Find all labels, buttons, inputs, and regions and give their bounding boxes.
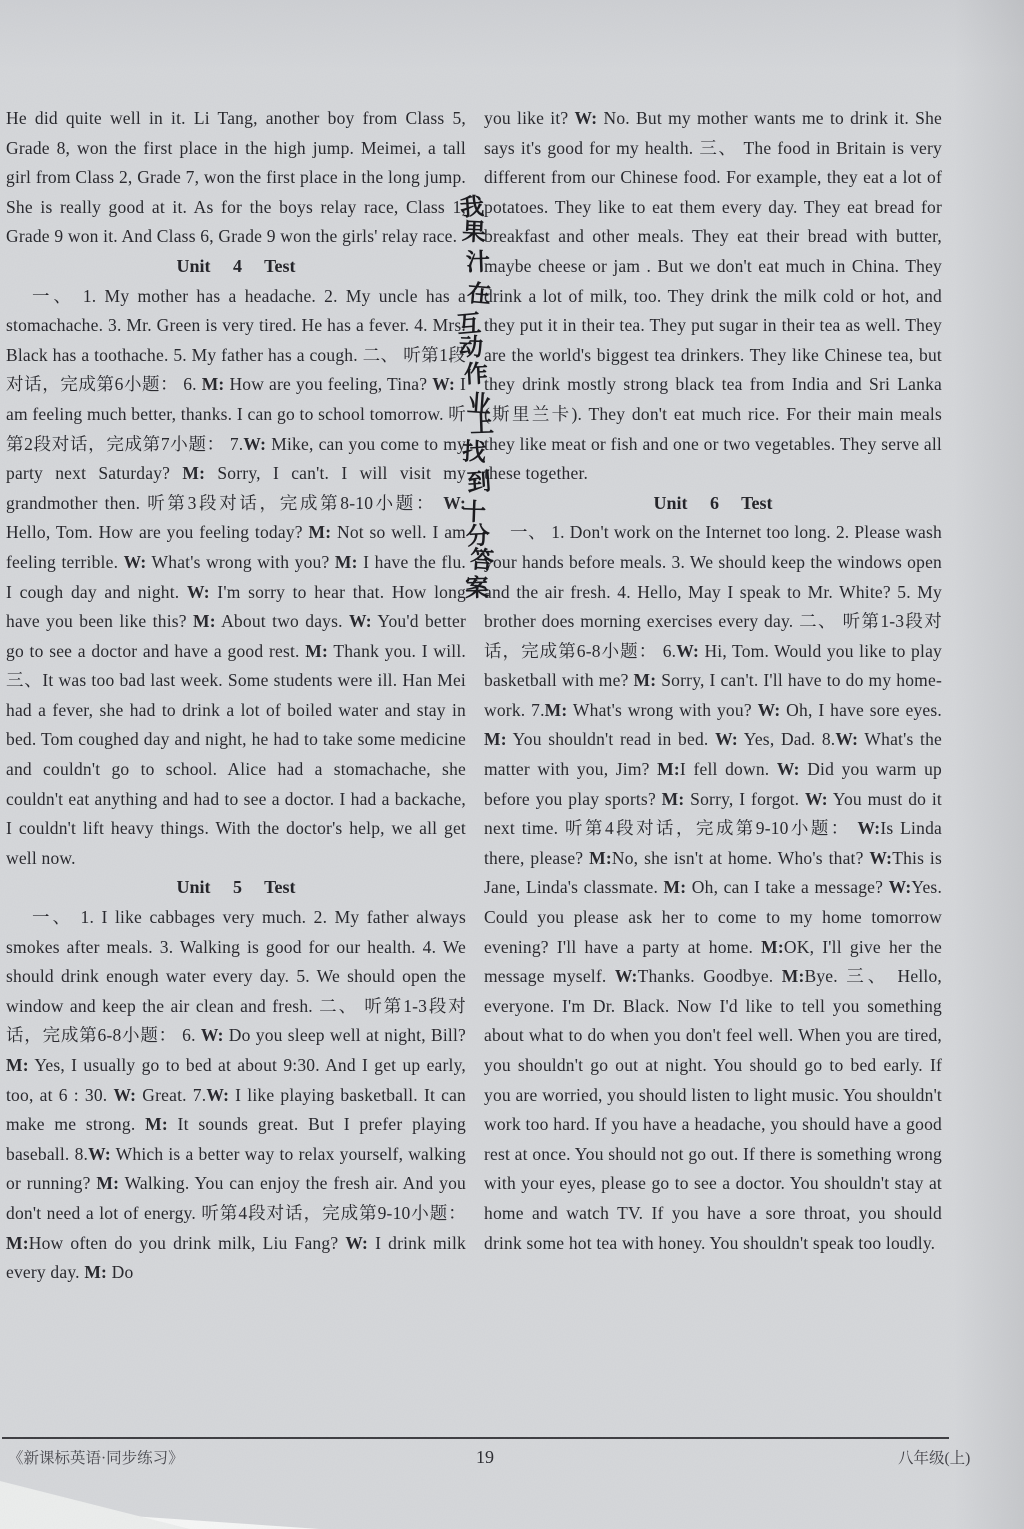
page-curl — [0, 1481, 190, 1529]
unit-5-script-continued-paragraph: you like it? W: No. But my mother wants … — [484, 104, 942, 489]
unit-6-heading: Unit 6 Test — [484, 489, 942, 519]
unit-5-script-paragraph: 一、 1. I like cabbages very much. 2. My f… — [6, 903, 466, 1288]
footer-divider — [2, 1437, 949, 1439]
unit-6-script-paragraph: 一、 1. Don't work on the Internet too lon… — [484, 518, 942, 1258]
unit-5-heading: Unit 5 Test — [6, 873, 466, 903]
footer-series-title: 《新课标英语·同步练习》 — [8, 1446, 184, 1468]
unit-4-script-paragraph: 一、 1. My mother has a headache. 2. My un… — [6, 282, 466, 874]
footer-grade-label: 八年级(上) — [898, 1446, 970, 1468]
unit-4-heading: Unit 4 Test — [6, 252, 466, 282]
footer-page-number: 19 — [455, 1447, 515, 1468]
scan-shading-top — [0, 0, 1024, 70]
scan-shading-right — [954, 0, 1024, 1529]
scanned-workbook-page: He did quite well in it. Li Tang, anothe… — [0, 0, 1024, 1529]
left-column: He did quite well in it. Li Tang, anothe… — [6, 104, 466, 1288]
intro-paragraph: He did quite well in it. Li Tang, anothe… — [6, 104, 466, 252]
right-column: you like it? W: No. But my mother wants … — [484, 104, 942, 1258]
